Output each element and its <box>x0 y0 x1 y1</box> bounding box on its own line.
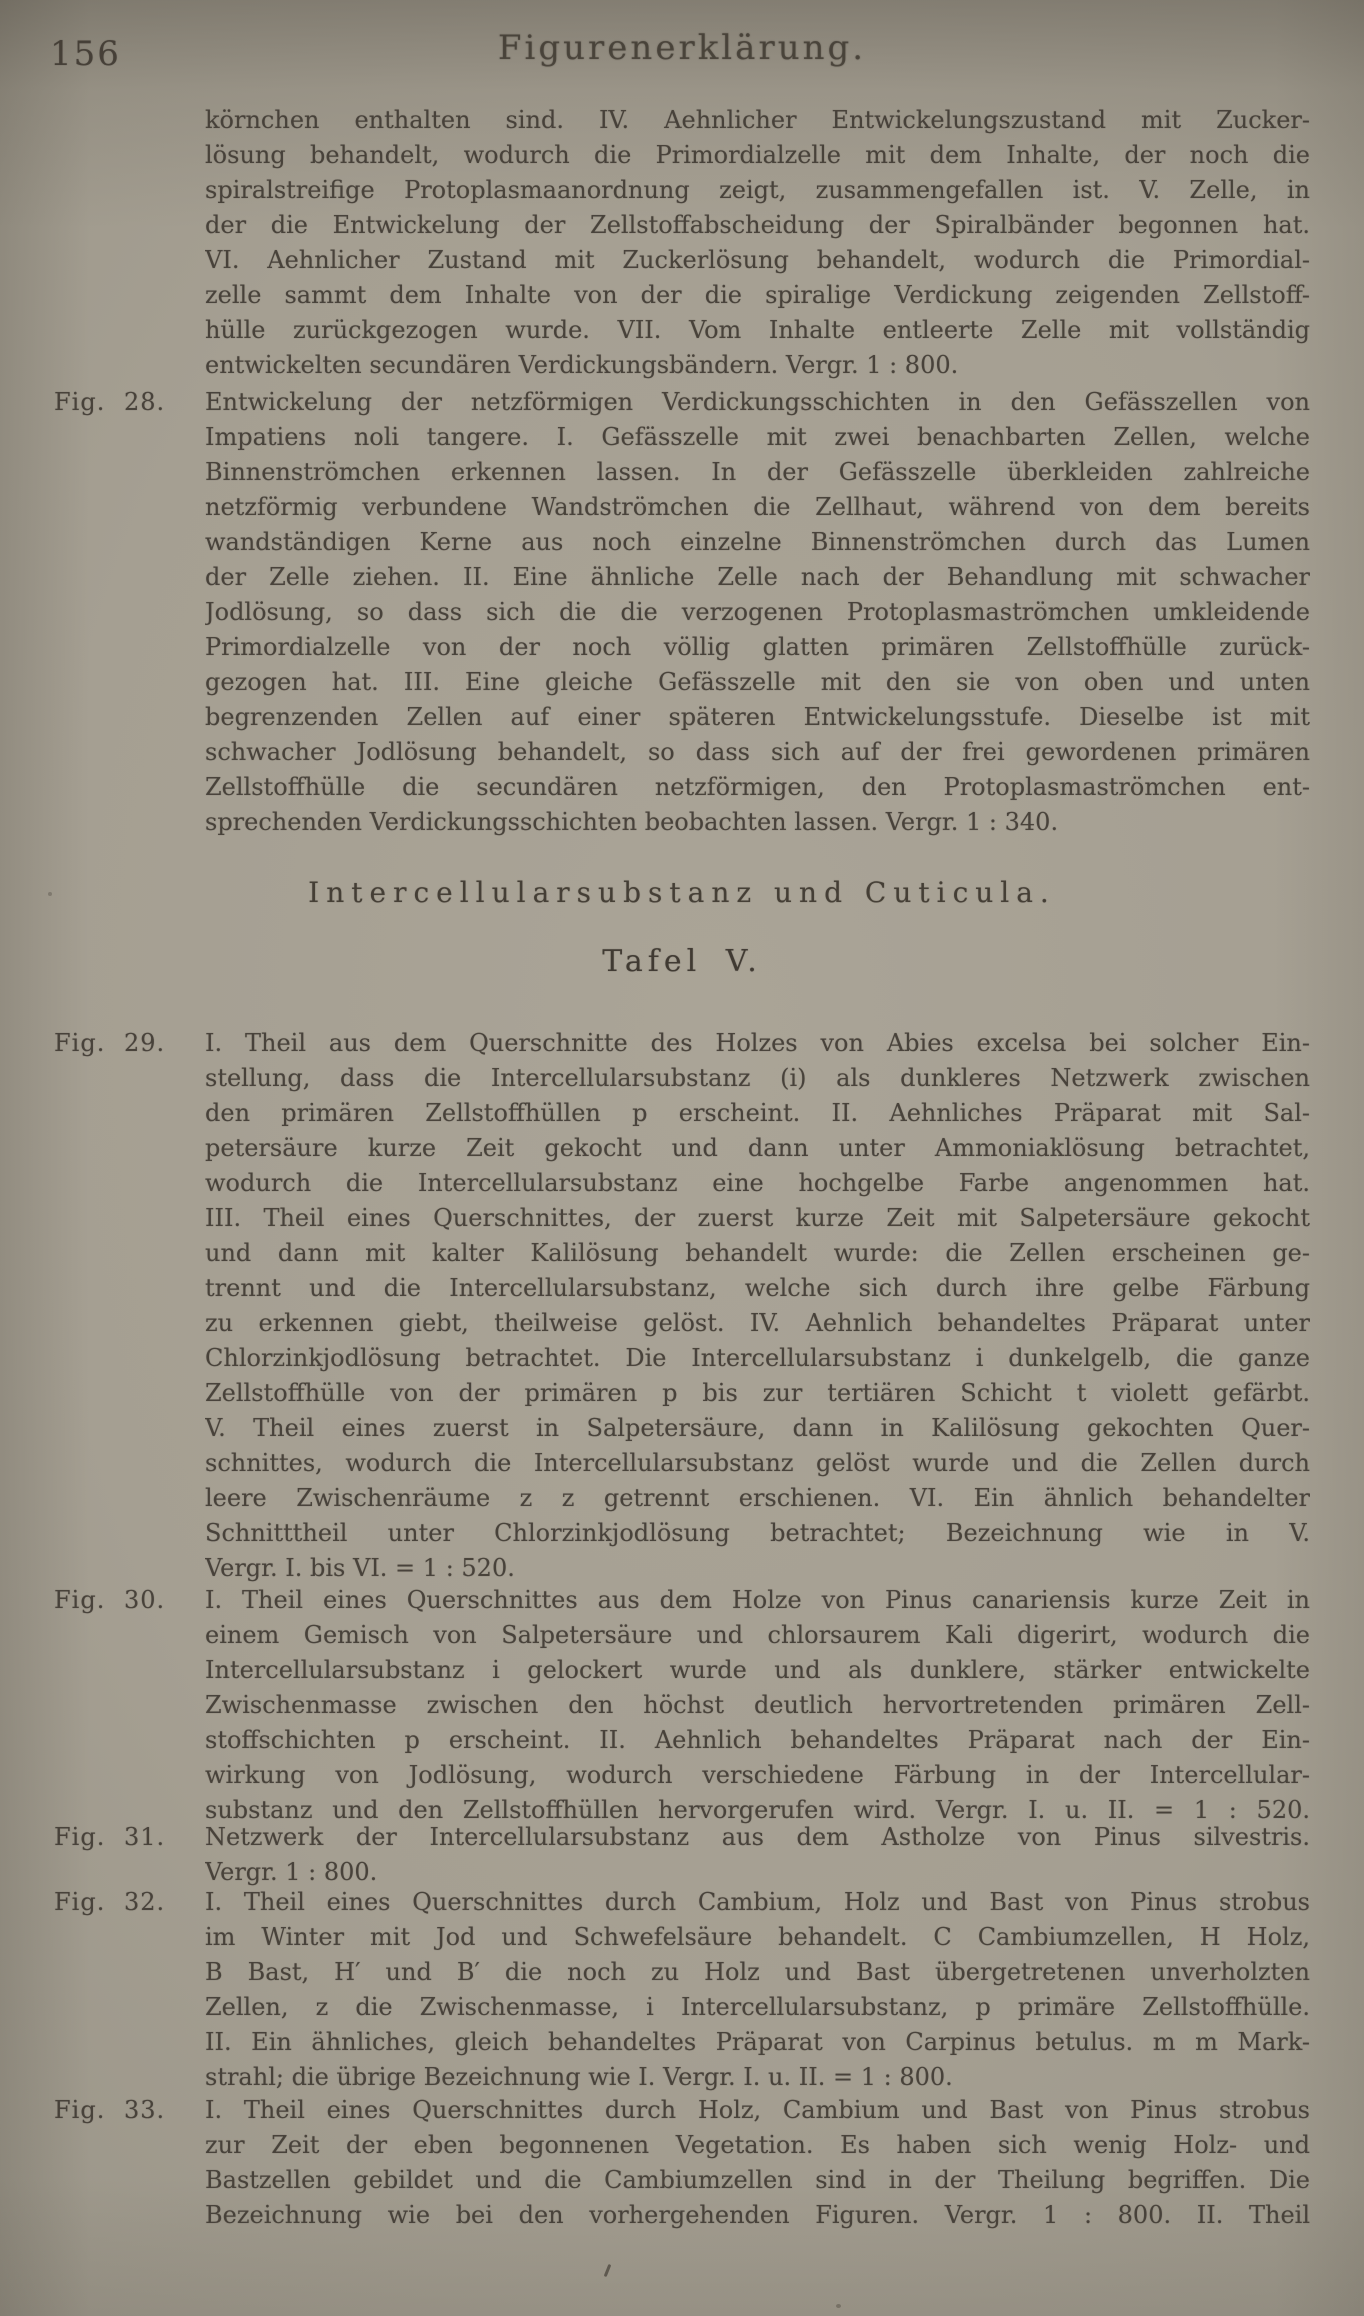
text-line: Zellstoffhülle die secundären netzförmig… <box>205 770 1310 805</box>
figure-label: Fig. 29. <box>54 1026 199 1061</box>
figure-label: Fig. 32. <box>54 1885 199 1920</box>
text-line: petersäure kurze Zeit gekocht und dann u… <box>205 1131 1310 1166</box>
text-line: wodurch die Intercellularsubstanz eine h… <box>205 1166 1310 1201</box>
text-line: stellung, dass die Intercellularsubstanz… <box>205 1061 1310 1096</box>
book-page: 156 Figurenerklärung. Intercellularsubst… <box>0 0 1364 2316</box>
text-line: VI. Aehnlicher Zustand mit Zuckerlösung … <box>205 243 1310 278</box>
text-line: spiralstreifige Protoplasmaanordnung zei… <box>205 173 1310 208</box>
text-line: schnittes, wodurch die Intercellularsubs… <box>205 1446 1310 1481</box>
figure-label: Fig. 28. <box>54 385 199 420</box>
figure-label: Fig. 30. <box>54 1583 199 1618</box>
text-line: Intercellularsubstanz i gelockert wurde … <box>205 1653 1310 1688</box>
text-line: Jodlösung, so dass sich die die verzogen… <box>205 595 1310 630</box>
text-line: strahl; die übrige Bezeichnung wie I. Ve… <box>205 2060 1310 2095</box>
text-line: im Winter mit Jod und Schwefelsäure beha… <box>205 1920 1310 1955</box>
figure-text: körnchen enthalten sind. IV. Aehnlicher … <box>205 103 1310 383</box>
text-line: Netzwerk der Intercellularsubstanz aus d… <box>205 1820 1310 1855</box>
text-line: Zellstoffhülle von der primären p bis zu… <box>205 1376 1310 1411</box>
text-line: zelle sammt dem Inhalte von der die spir… <box>205 278 1310 313</box>
ink-speck-icon <box>48 892 52 896</box>
text-line: zur Zeit der eben begonnenen Vegetation.… <box>205 2128 1310 2163</box>
text-line: Bezeichnung wie bei den vorhergehenden F… <box>205 2198 1310 2233</box>
text-line: Vergr. I. bis VI. = 1 : 520. <box>205 1551 1310 1586</box>
text-line: entwickelten secundären Verdickungsbände… <box>205 348 1310 383</box>
text-line: I. Theil eines Querschnittes durch Cambi… <box>205 1885 1310 1920</box>
text-line: V. Theil eines zuerst in Salpetersäure, … <box>205 1411 1310 1446</box>
text-line: begrenzenden Zellen auf einer späteren E… <box>205 700 1310 735</box>
figure-label: Fig. 33. <box>54 2093 199 2128</box>
text-line: Zellen, z die Zwischenmasse, i Intercell… <box>205 1990 1310 2025</box>
figure-entries: körnchen enthalten sind. IV. Aehnlicher … <box>0 0 1364 2316</box>
text-line: einem Gemisch von Salpetersäure und chlo… <box>205 1618 1310 1653</box>
text-line: trennt und die Intercellularsubstanz, we… <box>205 1271 1310 1306</box>
figure-text: I. Theil eines Querschnittes durch Holz,… <box>205 2093 1310 2233</box>
text-line: Entwickelung der netzförmigen Verdickung… <box>205 385 1310 420</box>
ink-speck-icon <box>836 2304 841 2308</box>
text-line: netzförmig verbundene Wandströmchen die … <box>205 490 1310 525</box>
text-line: Bastzellen gebildet und die Cambiumzelle… <box>205 2163 1310 2198</box>
text-line: Chlorzinkjodlösung betrachtet. Die Inter… <box>205 1341 1310 1376</box>
text-line: stoffschichten p erscheint. II. Aehnlich… <box>205 1723 1310 1758</box>
text-line: und dann mit kalter Kalilösung behandelt… <box>205 1236 1310 1271</box>
text-line: der die Entwickelung der Zellstoffabsche… <box>205 208 1310 243</box>
text-line: Primordialzelle von der noch völlig glat… <box>205 630 1310 665</box>
figure-text: Entwickelung der netzförmigen Verdickung… <box>205 385 1310 840</box>
figure-text: Netzwerk der Intercellularsubstanz aus d… <box>205 1820 1310 1890</box>
text-line: lösung behandelt, wodurch die Primordial… <box>205 138 1310 173</box>
text-line: wirkung von Jodlösung, wodurch verschied… <box>205 1758 1310 1793</box>
text-line: hülle zurückgezogen wurde. VII. Vom Inha… <box>205 313 1310 348</box>
text-line: wandständigen Kerne aus noch einzelne Bi… <box>205 525 1310 560</box>
text-line: III. Theil eines Querschnittes, der zuer… <box>205 1201 1310 1236</box>
text-line: B Bast, H′ und B′ die noch zu Holz und B… <box>205 1955 1310 1990</box>
text-line: I. Theil eines Querschnittes durch Holz,… <box>205 2093 1310 2128</box>
text-line: der Zelle ziehen. II. Eine ähnliche Zell… <box>205 560 1310 595</box>
text-line: gezogen hat. III. Eine gleiche Gefässzel… <box>205 665 1310 700</box>
text-line: II. Ein ähnliches, gleich behandeltes Pr… <box>205 2025 1310 2060</box>
figure-text: I. Theil eines Querschnittes durch Cambi… <box>205 1885 1310 2095</box>
text-line: Impatiens noli tangere. I. Gefässzelle m… <box>205 420 1310 455</box>
figure-text: I. Theil eines Querschnittes aus dem Hol… <box>205 1583 1310 1828</box>
figure-text: I. Theil aus dem Querschnitte des Holzes… <box>205 1026 1310 1586</box>
text-line: körnchen enthalten sind. IV. Aehnlicher … <box>205 103 1310 138</box>
text-line: den primären Zellstoffhüllen p erscheint… <box>205 1096 1310 1131</box>
text-line: leere Zwischenräume z z getrennt erschie… <box>205 1481 1310 1516</box>
figure-label: Fig. 31. <box>54 1820 199 1855</box>
text-line: Zwischenmasse zwischen den höchst deutli… <box>205 1688 1310 1723</box>
text-line: I. Theil eines Querschnittes aus dem Hol… <box>205 1583 1310 1618</box>
text-line: sprechenden Verdickungsschichten beobach… <box>205 805 1310 840</box>
text-line: Schnitttheil unter Chlorzinkjodlösung be… <box>205 1516 1310 1551</box>
text-line: zu erkennen giebt, theilweise gelöst. IV… <box>205 1306 1310 1341</box>
text-line: Binnenströmchen erkennen lassen. In der … <box>205 455 1310 490</box>
text-line: I. Theil aus dem Querschnitte des Holzes… <box>205 1026 1310 1061</box>
text-line: schwacher Jodlösung behandelt, so dass s… <box>205 735 1310 770</box>
